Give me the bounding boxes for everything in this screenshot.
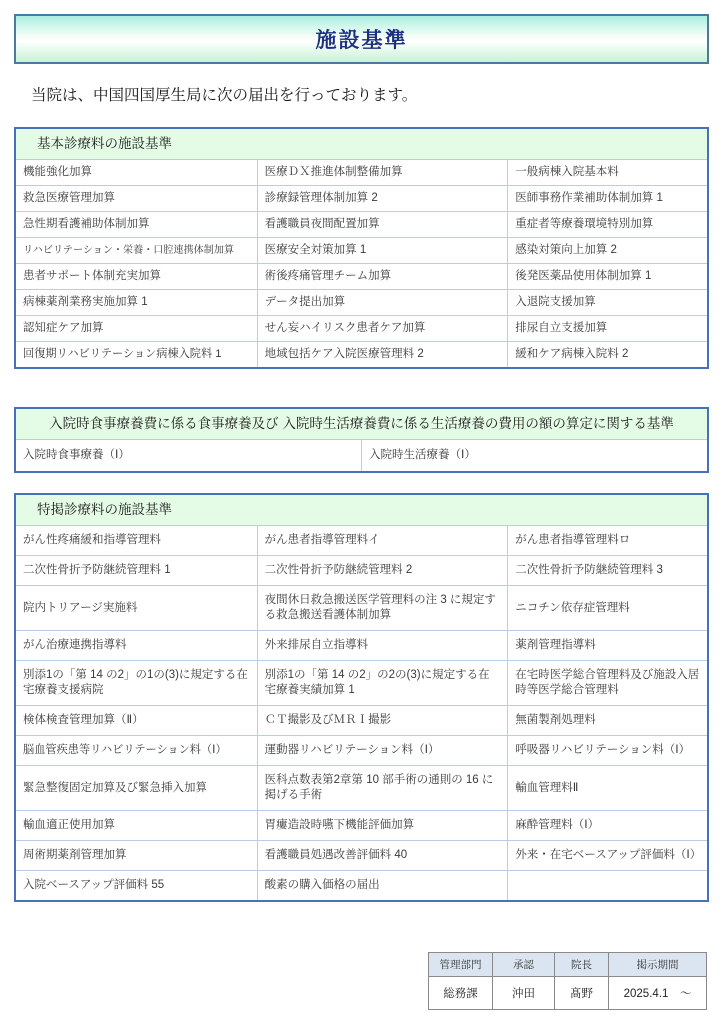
page-title-banner: 施設基準: [14, 14, 709, 64]
table-cell: 地域包括ケア入院医療管理料 2: [257, 342, 508, 368]
approval-header-cell: 院長: [555, 953, 609, 977]
table-cell: 脳血管疾患等リハビリテーション料（Ⅰ）: [16, 736, 257, 766]
table-cell: 別添1の「第 14 の2」の2の(3)に規定する在宅療養実績加算 1: [257, 661, 508, 706]
table-row: 入院時食事療養（Ⅰ）入院時生活療養（Ⅰ）: [16, 440, 707, 472]
table-cell: ニコチン依存症管理料: [508, 586, 707, 631]
table-cell: 胃瘻造設時嚥下機能評価加算: [257, 811, 508, 841]
table-cell: 検体検査管理加算（Ⅱ）: [16, 706, 257, 736]
facility-table-special: がん性疼痛緩和指導管理料がん患者指導管理料イがん患者指導管理料ロ二次性骨折予防継…: [16, 525, 707, 900]
table-cell: ＣＴ撮影及びＭＲＩ撮影: [257, 706, 508, 736]
table-cell: 医療安全対策加算 1: [257, 238, 508, 264]
table-cell: 外来排尿自立指導料: [257, 631, 508, 661]
table-row: 救急医療管理加算診療録管理体制加算 2医師事務作業補助体制加算 1: [16, 186, 707, 212]
table-cell: 入院時生活療養（Ⅰ）: [362, 440, 708, 472]
table-row: がん性疼痛緩和指導管理料がん患者指導管理料イがん患者指導管理料ロ: [16, 526, 707, 556]
section-header: 入院時食事療養費に係る食事療養及び 入院時生活療養費に係る生活療養の費用の額の算…: [16, 409, 707, 439]
table-cell: 周術期薬剤管理加算: [16, 841, 257, 871]
table-cell: 機能強化加算: [16, 160, 257, 186]
table-cell: 排尿自立支援加算: [508, 316, 707, 342]
approval-table-wrap: 管理部門承認院長掲示期間 総務課沖田髙野2025.4.1 ～: [428, 952, 707, 1010]
table-cell: リハビリテーション・栄養・口腔連携体制加算: [16, 238, 257, 264]
table-cell: 麻酔管理料（Ⅰ）: [508, 811, 707, 841]
table-cell: 入院ベースアップ評価料 55: [16, 871, 257, 901]
table-row: 院内トリアージ実施料夜間休日救急搬送医学管理料の注 3 に規定する救急搬送看護体…: [16, 586, 707, 631]
table-cell: [508, 871, 707, 901]
table-cell: 輸血適正使用加算: [16, 811, 257, 841]
approval-header-cell: 管理部門: [429, 953, 493, 977]
table-cell: がん治療連携指導料: [16, 631, 257, 661]
table-row: 別添1の「第 14 の2」の1の(3)に規定する在宅療養支援病院別添1の「第 1…: [16, 661, 707, 706]
table-cell: 在宅時医学総合管理料及び施設入居時等医学総合管理料: [508, 661, 707, 706]
table-row: 病棟薬剤業務実施加算 1データ提出加算入退院支援加算: [16, 290, 707, 316]
table-cell: 看護職員夜間配置加算: [257, 212, 508, 238]
table-cell: 二次性骨折予防継続管理料 1: [16, 556, 257, 586]
table-cell: 一般病棟入院基本料: [508, 160, 707, 186]
approval-header-row: 管理部門承認院長掲示期間: [429, 953, 707, 977]
table-cell: がん性疼痛緩和指導管理料: [16, 526, 257, 556]
table-cell: 二次性骨折予防継続管理料 3: [508, 556, 707, 586]
table-row: 脳血管疾患等リハビリテーション料（Ⅰ）運動器リハビリテーション料（Ⅰ）呼吸器リハ…: [16, 736, 707, 766]
table-cell: 認知症ケア加算: [16, 316, 257, 342]
table-cell: 医科点数表第2章第 10 部手術の通則の 16 に掲げる手術: [257, 766, 508, 811]
table-row: 検体検査管理加算（Ⅱ）ＣＴ撮影及びＭＲＩ撮影無菌製剤処理料: [16, 706, 707, 736]
approval-header-cell: 承認: [493, 953, 555, 977]
table-cell: がん患者指導管理料ロ: [508, 526, 707, 556]
table-cell: 二次性骨折予防継続管理料 2: [257, 556, 508, 586]
table-cell: 術後疼痛管理チーム加算: [257, 264, 508, 290]
table-cell: 急性期看護補助体制加算: [16, 212, 257, 238]
table-cell: 医療ＤＸ推進体制整備加算: [257, 160, 508, 186]
section-meal-care-standards: 入院時食事療養費に係る食事療養及び 入院時生活療養費に係る生活療養の費用の額の算…: [14, 407, 709, 473]
section-basic-medical-fees: 基本診療料の施設基準 機能強化加算医療ＤＸ推進体制整備加算一般病棟入院基本料救急…: [14, 127, 709, 369]
approval-value-cell: 2025.4.1 ～: [609, 977, 707, 1010]
table-cell: 診療録管理体制加算 2: [257, 186, 508, 212]
table-cell: 緊急整復固定加算及び緊急挿入加算: [16, 766, 257, 811]
approval-value-cell: 沖田: [493, 977, 555, 1010]
facility-table-basic: 機能強化加算医療ＤＸ推進体制整備加算一般病棟入院基本料救急医療管理加算診療録管理…: [16, 159, 707, 367]
table-cell: 感染対策向上加算 2: [508, 238, 707, 264]
table-row: 機能強化加算医療ＤＸ推進体制整備加算一般病棟入院基本料: [16, 160, 707, 186]
table-cell: せん妄ハイリスク患者ケア加算: [257, 316, 508, 342]
table-row: 入院ベースアップ評価料 55酸素の購入価格の届出: [16, 871, 707, 901]
table-cell: 回復期リハビリテーション病棟入院料 1: [16, 342, 257, 368]
table-row: 二次性骨折予防継続管理料 1二次性骨折予防継続管理料 2二次性骨折予防継続管理料…: [16, 556, 707, 586]
approval-value-cell: 総務課: [429, 977, 493, 1010]
table-cell: 重症者等療養環境特別加算: [508, 212, 707, 238]
table-row: 回復期リハビリテーション病棟入院料 1地域包括ケア入院医療管理料 2緩和ケア病棟…: [16, 342, 707, 368]
table-cell: 救急医療管理加算: [16, 186, 257, 212]
table-cell: 酸素の購入価格の届出: [257, 871, 508, 901]
table-cell: 呼吸器リハビリテーション料（Ⅰ）: [508, 736, 707, 766]
approval-table: 管理部門承認院長掲示期間 総務課沖田髙野2025.4.1 ～: [428, 952, 707, 1010]
document-page: 施設基準 当院は、中国四国厚生局に次の届出を行っております。 基本診療料の施設基…: [0, 0, 723, 1024]
table-cell: 夜間休日救急搬送医学管理料の注 3 に規定する救急搬送看護体制加算: [257, 586, 508, 631]
table-cell: 後発医薬品使用体制加算 1: [508, 264, 707, 290]
section-header: 基本診療料の施設基準: [16, 129, 707, 159]
table-cell: データ提出加算: [257, 290, 508, 316]
table-cell: 看護職員処遇改善評価料 40: [257, 841, 508, 871]
table-row: 輸血適正使用加算胃瘻造設時嚥下機能評価加算麻酔管理料（Ⅰ）: [16, 811, 707, 841]
facility-table-meal: 入院時食事療養（Ⅰ）入院時生活療養（Ⅰ）: [16, 439, 707, 471]
table-row: 緊急整復固定加算及び緊急挿入加算医科点数表第2章第 10 部手術の通則の 16 …: [16, 766, 707, 811]
approval-value-cell: 髙野: [555, 977, 609, 1010]
page-title: 施設基準: [316, 24, 408, 54]
table-row: リハビリテーション・栄養・口腔連携体制加算医療安全対策加算 1感染対策向上加算 …: [16, 238, 707, 264]
table-cell: 運動器リハビリテーション料（Ⅰ）: [257, 736, 508, 766]
table-cell: 医師事務作業補助体制加算 1: [508, 186, 707, 212]
table-row: 患者サポート体制充実加算術後疼痛管理チーム加算後発医薬品使用体制加算 1: [16, 264, 707, 290]
table-cell: 入院時食事療養（Ⅰ）: [16, 440, 362, 472]
approval-value-row: 総務課沖田髙野2025.4.1 ～: [429, 977, 707, 1010]
table-row: 急性期看護補助体制加算看護職員夜間配置加算重症者等療養環境特別加算: [16, 212, 707, 238]
table-cell: がん患者指導管理料イ: [257, 526, 508, 556]
section-special-medical-fees: 特掲診療料の施設基準 がん性疼痛緩和指導管理料がん患者指導管理料イがん患者指導管…: [14, 493, 709, 902]
table-cell: 輸血管理料Ⅱ: [508, 766, 707, 811]
approval-header-cell: 掲示期間: [609, 953, 707, 977]
table-row: がん治療連携指導料外来排尿自立指導料薬剤管理指導料: [16, 631, 707, 661]
table-cell: 患者サポート体制充実加算: [16, 264, 257, 290]
table-row: 周術期薬剤管理加算看護職員処遇改善評価料 40外来・在宅ベースアップ評価料（Ⅰ）: [16, 841, 707, 871]
table-row: 認知症ケア加算せん妄ハイリスク患者ケア加算排尿自立支援加算: [16, 316, 707, 342]
intro-text: 当院は、中国四国厚生局に次の届出を行っております。: [31, 83, 417, 105]
table-cell: 緩和ケア病棟入院料 2: [508, 342, 707, 368]
table-cell: 薬剤管理指導料: [508, 631, 707, 661]
section-header: 特掲診療料の施設基準: [16, 495, 707, 525]
table-cell: 無菌製剤処理料: [508, 706, 707, 736]
table-cell: 外来・在宅ベースアップ評価料（Ⅰ）: [508, 841, 707, 871]
table-cell: 入退院支援加算: [508, 290, 707, 316]
table-cell: 院内トリアージ実施料: [16, 586, 257, 631]
table-cell: 別添1の「第 14 の2」の1の(3)に規定する在宅療養支援病院: [16, 661, 257, 706]
table-cell: 病棟薬剤業務実施加算 1: [16, 290, 257, 316]
